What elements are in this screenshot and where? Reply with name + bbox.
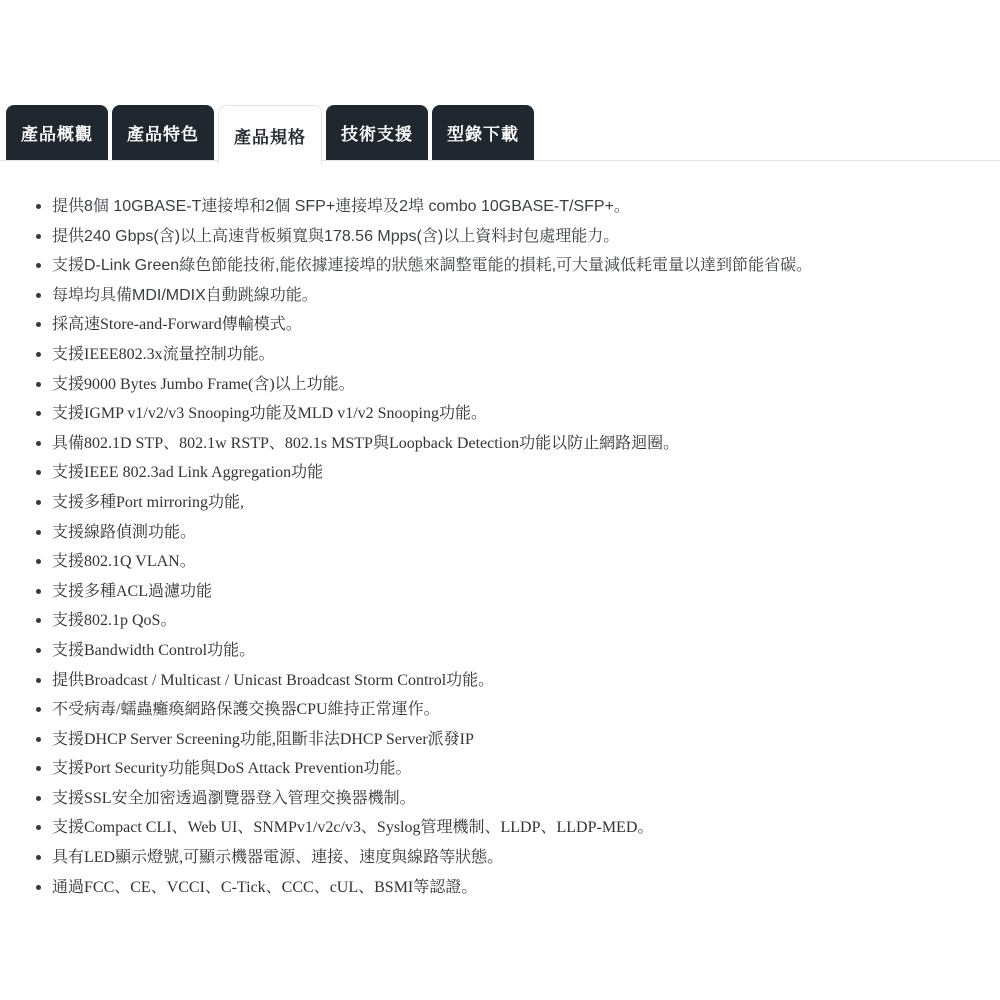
tab-label: 型錄下載 (447, 120, 519, 145)
tab-label: 產品規格 (234, 123, 306, 148)
spec-list-item: 支援IEEE802.3x流量控制功能。 (35, 340, 990, 370)
bullet-icon (36, 559, 41, 564)
spec-text: 支援802.1p QoS。 (52, 612, 176, 629)
bullet-icon (36, 234, 41, 239)
bullet-icon (36, 500, 41, 505)
spec-list-item: 支援多種ACL過濾功能 (35, 577, 990, 607)
bullet-icon (36, 885, 41, 890)
spec-list-item: 支援多種Port mirroring功能, (35, 488, 990, 518)
bullet-icon (36, 589, 41, 594)
spec-list: 提供8個 10GBASE-T連接埠和2個 SFP+連接埠及2埠 combo 10… (35, 192, 990, 902)
tab-label: 產品概觀 (21, 120, 93, 145)
spec-list-item: 支援802.1Q VLAN。 (35, 547, 990, 577)
tab-product-features[interactable]: 產品特色 (112, 105, 214, 160)
spec-text: 提供Broadcast / Multicast / Unicast Broadc… (52, 672, 494, 689)
spec-list-item: 不受病毒/蠕蟲癱瘓網路保護交換器CPU維持正常運作。 (35, 695, 990, 725)
bullet-icon (36, 382, 41, 387)
spec-text: 具備802.1D STP、802.1w RSTP、802.1s MSTP與Loo… (52, 435, 679, 452)
bullet-icon (36, 530, 41, 535)
bullet-icon (36, 766, 41, 771)
bullet-icon (36, 678, 41, 683)
spec-text: 支援IGMP v1/v2/v3 Snooping功能及MLD v1/v2 Sno… (52, 405, 487, 422)
spec-text: 支援Port Security功能與DoS Attack Prevention功… (52, 760, 412, 777)
spec-list-item: 支援9000 Bytes Jumbo Frame(含)以上功能。 (35, 370, 990, 400)
bullet-icon (36, 470, 41, 475)
spec-list-item: 提供240 Gbps(含)以上高速背板頻寬與178.56 Mpps(含)以上資料… (35, 222, 990, 252)
spec-list-item: 採高速Store-and-Forward傳輸模式。 (35, 310, 990, 340)
bullet-icon (36, 322, 41, 327)
spec-text: 支援DHCP Server Screening功能,阻斷非法DHCP Serve… (52, 731, 474, 748)
spec-text: 支援多種Port mirroring功能, (52, 494, 244, 511)
spec-text: 支援IEEE 802.3ad Link Aggregation功能 (52, 464, 323, 481)
bullet-icon (36, 796, 41, 801)
bullet-icon (36, 618, 41, 623)
spec-text: 支援IEEE802.3x流量控制功能。 (52, 346, 275, 363)
spec-list-item: 支援Compact CLI、Web UI、SNMPv1/v2c/v3、Syslo… (35, 813, 990, 843)
spec-text: 具有LED顯示燈號,可顯示機器電源、連接、速度與線路等狀態。 (52, 849, 503, 866)
spec-text: 支援D-Link Green綠色節能技術,能依據連接埠的狀態來調整電能的損耗,可… (52, 257, 812, 274)
bullet-icon (36, 855, 41, 860)
tab-label: 產品特色 (127, 120, 199, 145)
spec-text: 通過FCC、CE、VCCI、C-Tick、CCC、cUL、BSMI等認證。 (52, 879, 477, 896)
bullet-icon (36, 204, 41, 209)
spec-text: 支援Compact CLI、Web UI、SNMPv1/v2c/v3、Syslo… (52, 819, 653, 836)
spec-list-item: 支援線路偵測功能。 (35, 518, 990, 548)
bullet-icon (36, 825, 41, 830)
bullet-icon (36, 411, 41, 416)
spec-list-item: 具備802.1D STP、802.1w RSTP、802.1s MSTP與Loo… (35, 429, 990, 459)
spec-text: 支援9000 Bytes Jumbo Frame(含)以上功能。 (52, 376, 355, 393)
spec-text: 不受病毒/蠕蟲癱瘓網路保護交換器CPU維持正常運作。 (52, 701, 440, 718)
spec-text: 支援多種ACL過濾功能 (52, 583, 212, 600)
spec-list-item: 每埠均具備MDI/MDIX自動跳線功能。 (35, 281, 990, 311)
spec-list-item: 支援D-Link Green綠色節能技術,能依據連接埠的狀態來調整電能的損耗,可… (35, 251, 990, 281)
tab-product-specs[interactable]: 產品規格 (218, 105, 322, 165)
bullet-icon (36, 352, 41, 357)
tab-label: 技術支援 (341, 120, 413, 145)
spec-list-item: 支援Bandwidth Control功能。 (35, 636, 990, 666)
tab-catalog-download[interactable]: 型錄下載 (432, 105, 534, 160)
spec-text: 提供8個 10GBASE-T連接埠和2個 SFP+連接埠及2埠 combo 10… (52, 198, 630, 215)
spec-list-item: 具有LED顯示燈號,可顯示機器電源、連接、速度與線路等狀態。 (35, 843, 990, 873)
spec-list-item: 支援IGMP v1/v2/v3 Snooping功能及MLD v1/v2 Sno… (35, 399, 990, 429)
bullet-icon (36, 737, 41, 742)
tab-product-overview[interactable]: 產品概觀 (6, 105, 108, 160)
spec-list-item: 提供8個 10GBASE-T連接埠和2個 SFP+連接埠及2埠 combo 10… (35, 192, 990, 222)
spec-text: 採高速Store-and-Forward傳輸模式。 (52, 316, 302, 333)
spec-text: 提供240 Gbps(含)以上高速背板頻寬與178.56 Mpps(含)以上資料… (52, 228, 619, 245)
spec-list-item: 提供Broadcast / Multicast / Unicast Broadc… (35, 666, 990, 696)
spec-text: 支援Bandwidth Control功能。 (52, 642, 255, 659)
bullet-icon (36, 648, 41, 653)
spec-text: 支援線路偵測功能。 (52, 524, 196, 541)
spec-list-item: 通過FCC、CE、VCCI、C-Tick、CCC、cUL、BSMI等認證。 (35, 873, 990, 903)
spec-text: 支援802.1Q VLAN。 (52, 553, 196, 570)
spec-list-item: 支援SSL安全加密透過瀏覽器登入管理交換器機制。 (35, 784, 990, 814)
spec-list-item: 支援IEEE 802.3ad Link Aggregation功能 (35, 458, 990, 488)
spec-text: 支援SSL安全加密透過瀏覽器登入管理交換器機制。 (52, 790, 416, 807)
spec-list-item: 支援Port Security功能與DoS Attack Prevention功… (35, 754, 990, 784)
spec-list-item: 支援DHCP Server Screening功能,阻斷非法DHCP Serve… (35, 725, 990, 755)
tab-bar: 產品概觀 產品特色 產品規格 技術支援 型錄下載 (0, 105, 1000, 161)
spec-text: 每埠均具備MDI/MDIX自動跳線功能。 (52, 287, 318, 304)
spec-list-item: 支援802.1p QoS。 (35, 606, 990, 636)
bullet-icon (36, 263, 41, 268)
tab-tech-support[interactable]: 技術支援 (326, 105, 428, 160)
bullet-icon (36, 293, 41, 298)
bullet-icon (36, 707, 41, 712)
bullet-icon (36, 441, 41, 446)
